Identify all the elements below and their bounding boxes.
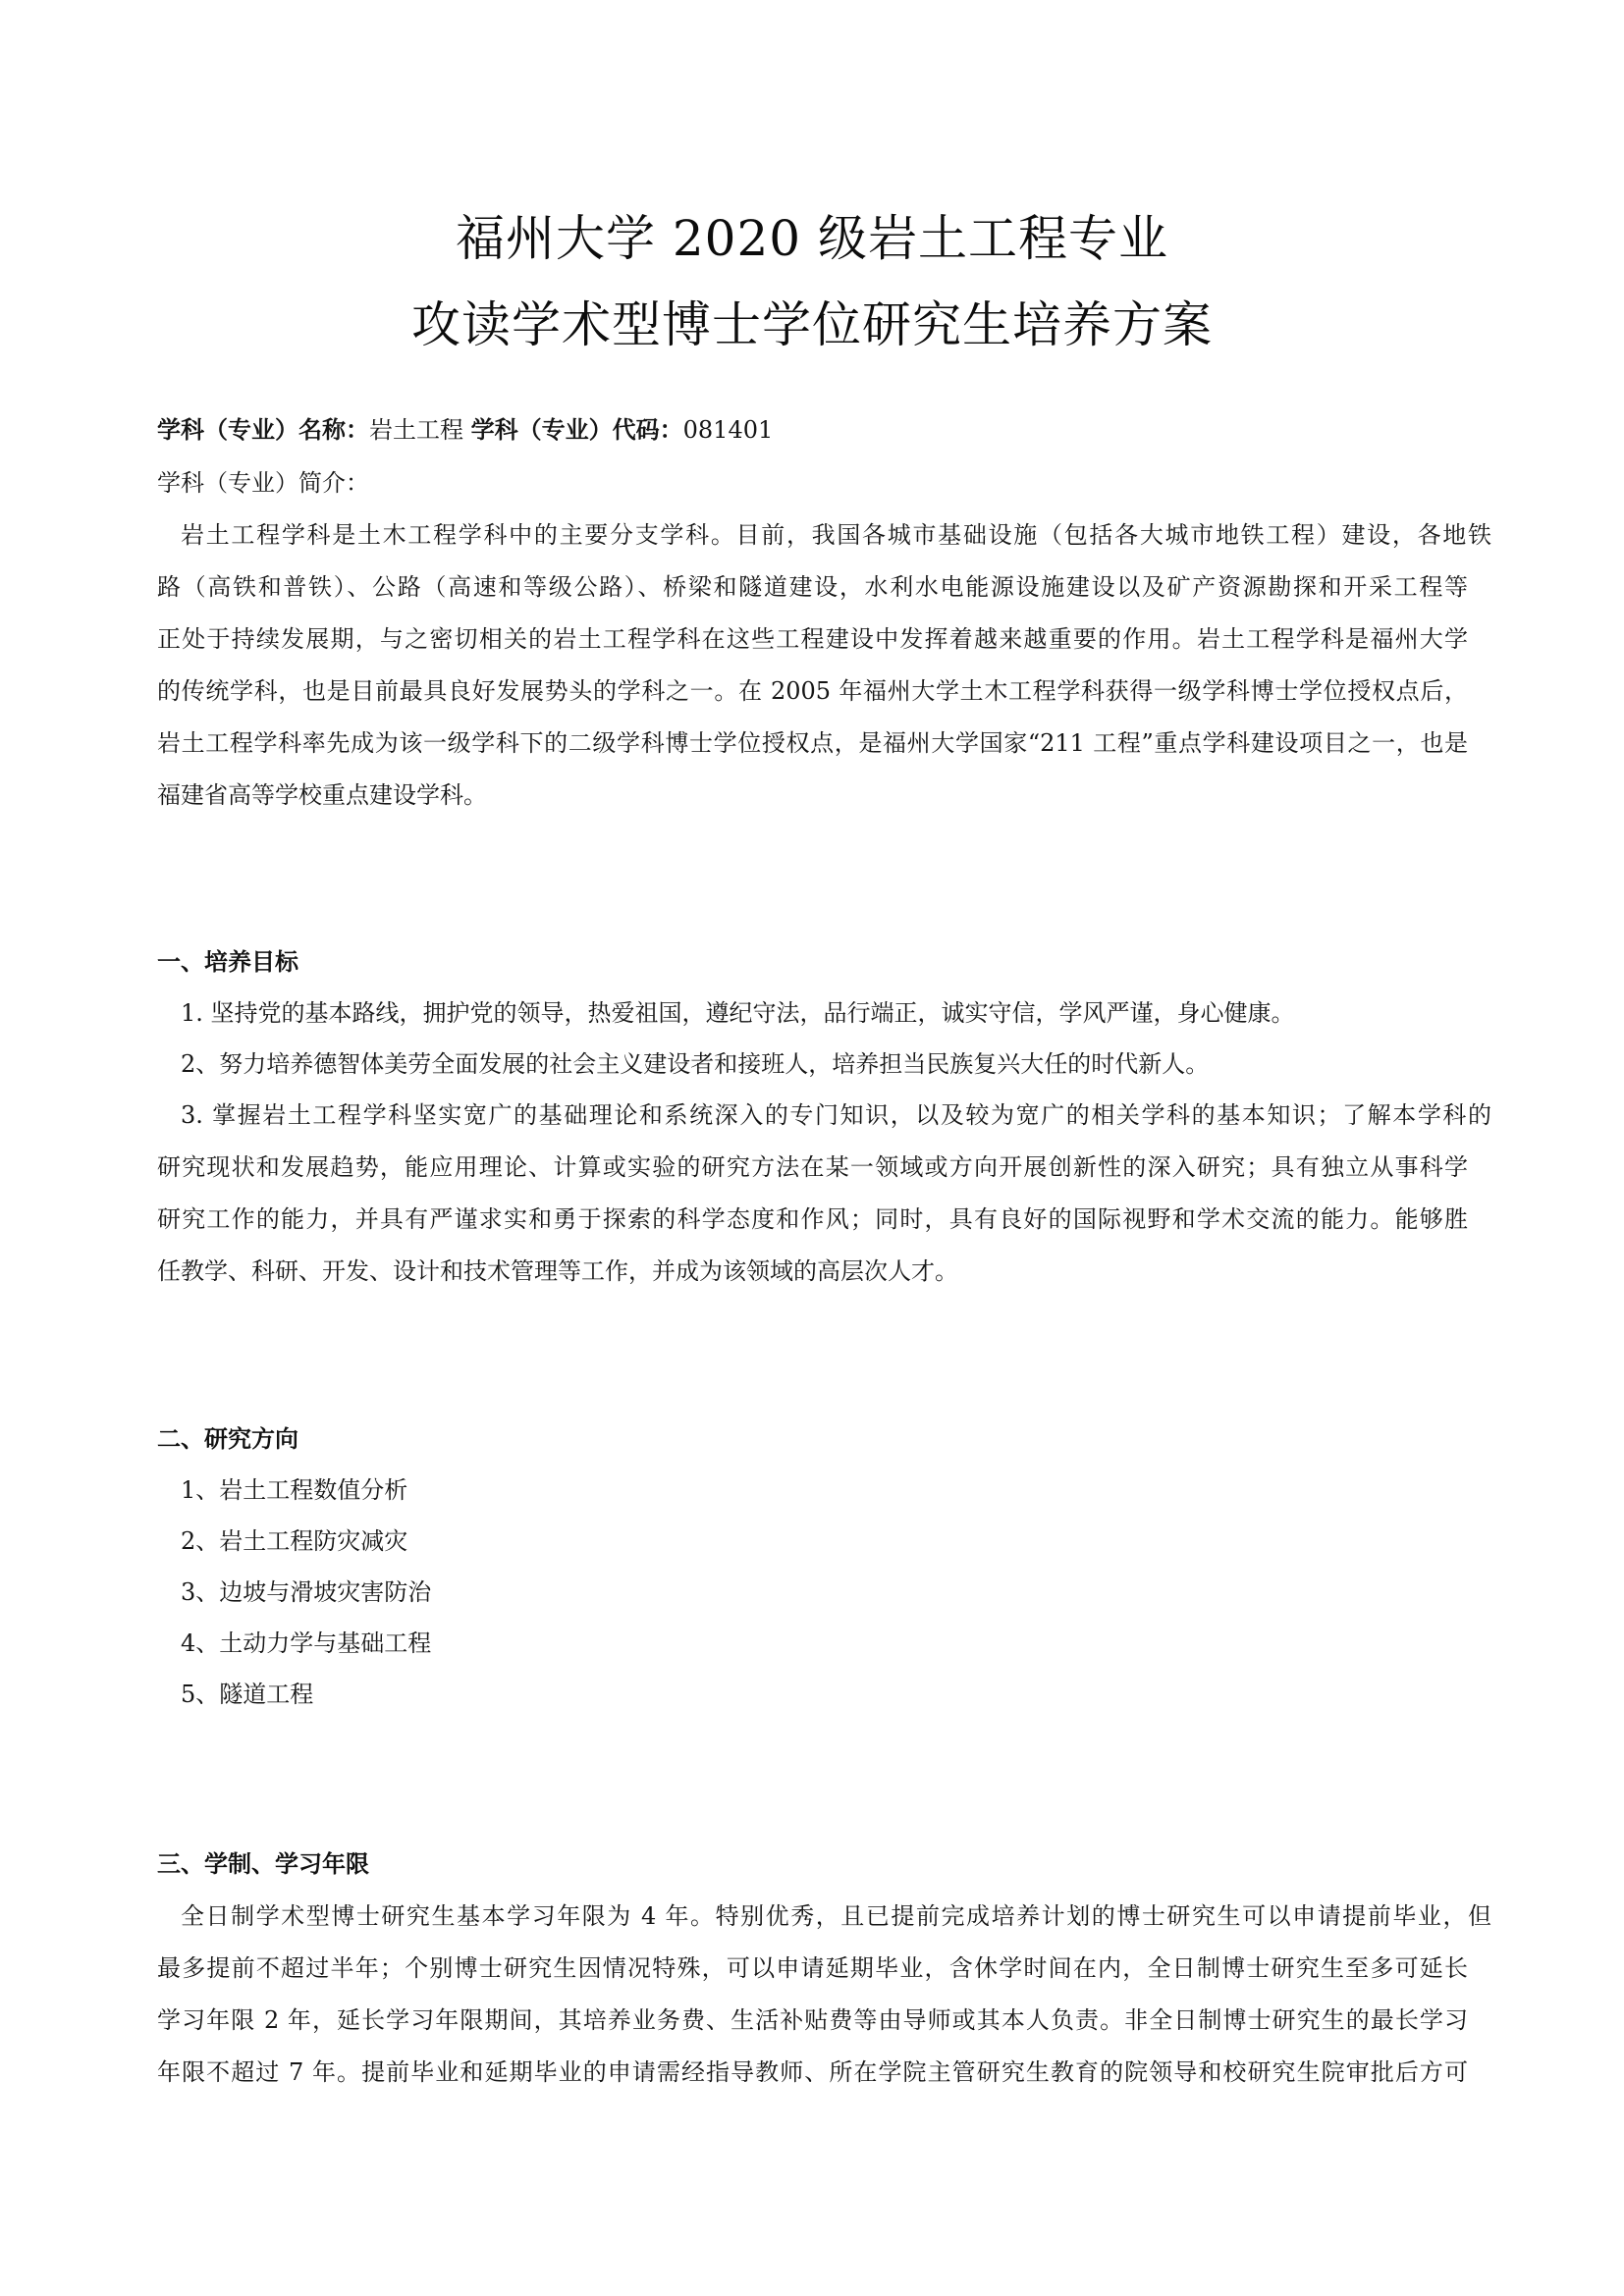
intro-paragraph-line: 岩土工程学科是土木工程学科中的主要分支学科。目前，我国各城市基础设施（包括各大城… <box>157 517 1491 553</box>
discipline-name-label: 学科（专业）名称： <box>157 416 369 444</box>
study-duration-line: 年限不超过 7 年。提前毕业和延期毕业的申请需经指导教师、所在学院主管研究生教育… <box>157 2055 1468 2090</box>
section-heading-research-directions: 二、研究方向 <box>157 1421 298 1457</box>
document-title-line-1: 福州大学 2020 级岩土工程专业 <box>0 209 1624 268</box>
discipline-meta-line: 学科（专业）名称：岩土工程 学科（专业）代码：081401 <box>157 412 1468 448</box>
training-goal-item-3-line: 研究现状和发展趋势，能应用理论、计算或实验的研究方法在某一领域或方向开展创新性的… <box>157 1149 1468 1185</box>
intro-label: 学科（专业）简介： <box>157 465 1468 501</box>
research-direction-item: 3、边坡与滑坡灾害防治 <box>181 1575 431 1610</box>
training-goal-item-2: 2、努力培养德智体美劳全面发展的社会主义建设者和接班人，培养担当民族复兴大任的时… <box>157 1046 1491 1082</box>
document-page: 福州大学 2020 级岩土工程专业 攻读学术型博士学位研究生培养方案 学科（专业… <box>0 0 1624 2296</box>
section-heading-training-goals: 一、培养目标 <box>157 944 298 980</box>
study-duration-line: 最多提前不超过半年；个别博士研究生因情况特殊，可以申请延期毕业，含休学时间在内，… <box>157 1950 1468 1986</box>
discipline-name-value: 岩土工程 <box>369 416 463 444</box>
discipline-code-value: 081401 <box>683 416 774 444</box>
research-direction-item: 2、岩土工程防灾减灾 <box>181 1523 407 1559</box>
intro-paragraph-line: 路（高铁和普铁）、公路（高速和等级公路）、桥梁和隧道建设，水利水电能源设施建设以… <box>157 569 1468 605</box>
discipline-code-label: 学科（专业）代码： <box>471 416 683 444</box>
study-duration-line: 全日制学术型博士研究生基本学习年限为 4 年。特别优秀，且已提前完成培养计划的博… <box>157 1898 1491 1934</box>
document-title-line-2: 攻读学术型博士学位研究生培养方案 <box>0 295 1624 354</box>
training-goal-item-1: 1. 坚持党的基本路线，拥护党的领导，热爱祖国，遵纪守法，品行端正，诚实守信，学… <box>157 995 1491 1031</box>
intro-paragraph-line: 岩土工程学科率先成为该一级学科下的二级学科博士学位授权点，是福州大学国家“211… <box>157 725 1468 761</box>
intro-paragraph-line: 正处于持续发展期，与之密切相关的岩土工程学科在这些工程建设中发挥着越来越重要的作… <box>157 621 1468 657</box>
research-direction-item: 4、土动力学与基础工程 <box>181 1626 431 1661</box>
intro-paragraph-line: 福建省高等学校重点建设学科。 <box>157 777 1468 813</box>
intro-paragraph-line: 的传统学科，也是目前最具良好发展势头的学科之一。在 2005 年福州大学土木工程… <box>157 673 1468 709</box>
training-goal-item-3-line: 任教学、科研、开发、设计和技术管理等工作，并成为该领域的高层次人才。 <box>157 1254 1468 1289</box>
research-direction-item: 1、岩土工程数值分析 <box>181 1472 407 1508</box>
research-direction-item: 5、隧道工程 <box>181 1677 313 1712</box>
training-goal-item-3-line: 3. 掌握岩土工程学科坚实宽广的基础理论和系统深入的专门知识，以及较为宽广的相关… <box>157 1097 1491 1133</box>
study-duration-line: 学习年限 2 年，延长学习年限期间，其培养业务费、生活补贴费等由导师或其本人负责… <box>157 2002 1468 2038</box>
section-heading-study-duration: 三、学制、学习年限 <box>157 1846 369 1882</box>
training-goal-item-3-line: 研究工作的能力，并具有严谨求实和勇于探索的科学态度和作风；同时，具有良好的国际视… <box>157 1201 1468 1237</box>
